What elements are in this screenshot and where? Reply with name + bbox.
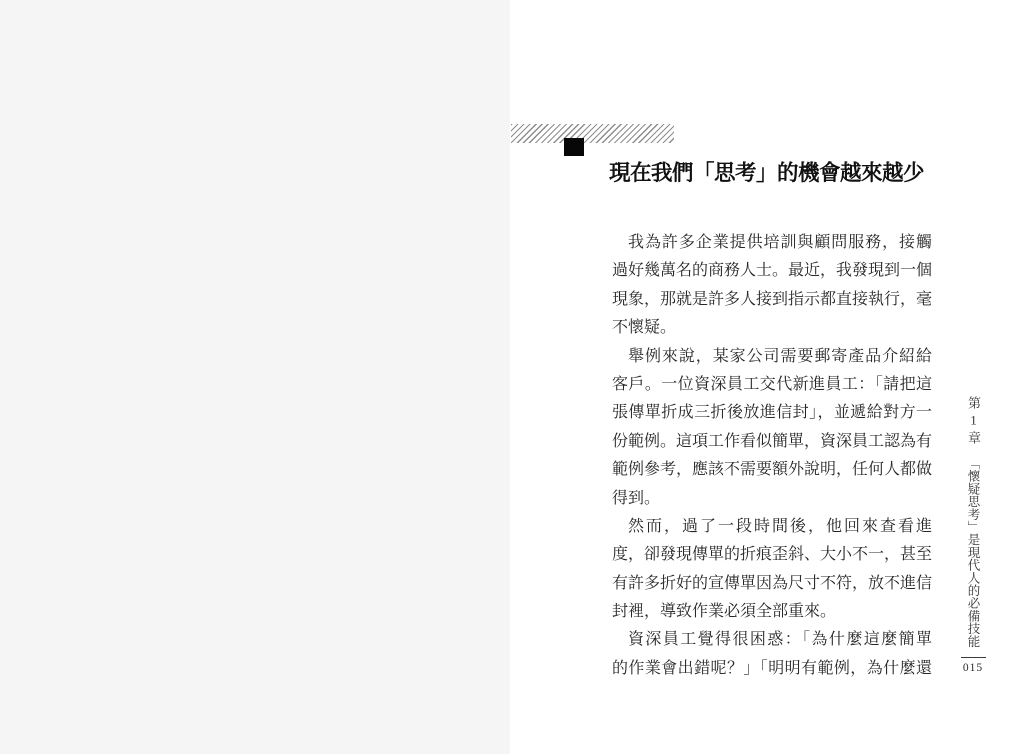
spine-divider-line [961, 657, 986, 658]
text-line: 現象，那就是許多人接到指示都直接執行，毫 [612, 286, 932, 314]
hatched-stripe-bar [511, 124, 674, 143]
text-line: 資深員工覺得很困惑：「為什麼這麼簡單 [612, 626, 932, 654]
left-page-blank [0, 0, 510, 754]
body-text-column: 我為許多企業提供培訓與顧問服務，接觸過好幾萬名的商務人士。最近，我發現到一個現象… [612, 229, 932, 683]
text-line: 封裡，導致作業必須全部重來。 [612, 598, 932, 626]
text-line: 份範例。這項工作看似簡單，資深員工認為有 [612, 428, 932, 456]
text-line: 得到。 [612, 485, 932, 513]
section-heading: 現在我們「思考」的機會越來越少 [609, 160, 1009, 186]
text-line: 然而，過了一段時間後，他回來查看進 [612, 513, 932, 541]
text-line: 客戶。一位資深員工交代新進員工：「請把這 [612, 371, 932, 399]
page-number: 015 [963, 662, 983, 674]
black-square-marker [564, 138, 584, 156]
chapter-spine: 第1章 「懷疑思考」是現代人的必備技能 015 [959, 396, 987, 674]
chapter-number-label: 第1章 [959, 396, 987, 448]
text-line: 範例參考，應該不需要額外說明，任何人都做 [612, 456, 932, 484]
text-line: 我為許多企業提供培訓與顧問服務，接觸 [612, 229, 932, 257]
text-line: 過好幾萬名的商務人士。最近，我發現到一個 [612, 257, 932, 285]
text-line: 張傳單折成三折後放進信封」，並遞給對方一 [612, 399, 932, 427]
text-line: 有許多折好的宣傳單因為尺寸不符，放不進信 [612, 570, 932, 598]
text-line: 度，卻發現傳單的折痕歪斜、大小不一，甚至 [612, 541, 932, 569]
right-page: 現在我們「思考」的機會越來越少 我為許多企業提供培訓與顧問服務，接觸過好幾萬名的… [510, 0, 1024, 754]
text-line: 舉例來說，某家公司需要郵寄產品介紹給 [612, 343, 932, 371]
text-line: 不懷疑。 [612, 314, 932, 342]
text-line: 的作業會出錯呢？」「明明有範例，為什麼還 [612, 655, 932, 683]
chapter-title-vertical: 「懷疑思考」是現代人的必備技能 [959, 457, 987, 648]
